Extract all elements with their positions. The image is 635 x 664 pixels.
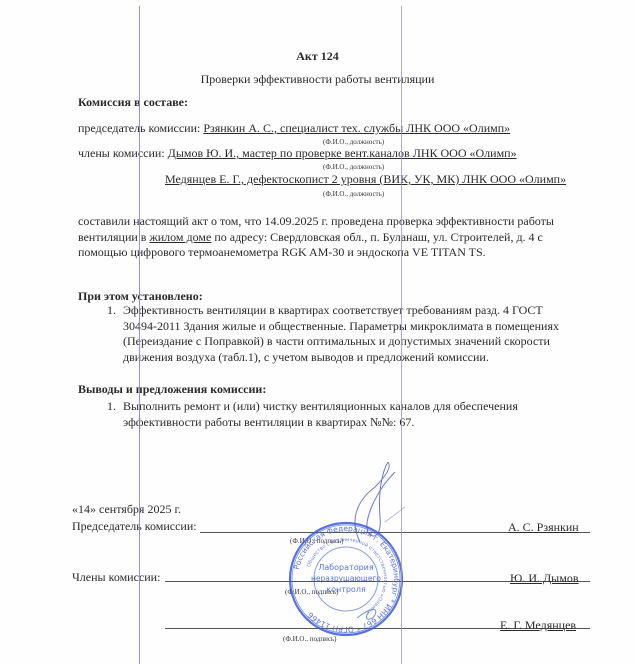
handwritten-signature [330, 462, 405, 547]
findings-item-1: Эффективность вентиляции в квартирах соо… [123, 303, 591, 365]
findings-line-1: Эффективность вентиляции в квартирах соо… [123, 303, 591, 319]
commission-heading: Комиссия в составе: [78, 95, 188, 110]
findings-line-2: 30494-2011 Здания жилые и общественные. … [123, 319, 591, 335]
document-date: «14» сентября 2025 г. [72, 502, 181, 517]
chairman-sign-label: Председатель комиссии: [72, 519, 197, 534]
member-row-1: члены комиссии: Дымов Ю. И., мастер по п… [78, 146, 517, 161]
conclusions-line-2: эффективности работы вентиляции в кварти… [123, 415, 591, 431]
findings-item-number: 1. [107, 303, 116, 318]
member-2-sign-caption: (Ф.И.О., подпись) [283, 635, 336, 643]
document-page: Акт 124 Проверки эффективности работы ве… [0, 0, 635, 664]
intro-building-type: жилом доме [149, 230, 211, 244]
conclusions-item-1: Выполнить ремонт и (или) чистку вентиляц… [123, 399, 591, 430]
chairman-value: Рзянкин А. С., специалист тех. службы ЛН… [203, 121, 510, 135]
vertical-guide-line-right [401, 6, 402, 664]
member-1-caption: (Ф.И.О., должность) [323, 163, 384, 171]
members-label: члены комиссии: [78, 146, 165, 160]
vertical-guide-line-left [139, 6, 140, 664]
conclusions-line-1: Выполнить ремонт и (или) чистку вентиляц… [123, 399, 591, 415]
member-1-value: Дымов Ю. И., мастер по проверке вент.кан… [168, 146, 517, 160]
member-1-sign-name: Ю. И. Дымов [510, 571, 579, 586]
conclusions-item-number: 1. [107, 399, 116, 414]
member-2-value: Медянцев Е. Г., дефектоскопист 2 уровня … [165, 172, 566, 186]
document-subtitle: Проверки эффективности работы вентиляции [0, 72, 635, 87]
chairman-row: председатель комиссии: Рзянкин А. С., сп… [78, 121, 510, 136]
findings-line-4: движения воздуха (табл.1), с учетом выво… [123, 350, 591, 366]
document-title: Акт 124 [0, 49, 635, 64]
member-2-caption: (Ф.И.О., должность) [323, 190, 384, 198]
intro-line-2-post: по адресу: Свердловская обл., п. Буланаш… [211, 230, 543, 244]
chairman-sign-name: А. С. Рзянкин [508, 520, 579, 535]
svg-text:Общество с ограниченной ответс: Общество с ограниченной ответственностью… [306, 537, 388, 615]
svg-text:Лаборатория: Лаборатория [318, 563, 374, 572]
members-sign-label: Члены комиссии: [72, 570, 160, 585]
findings-heading: При этом установлено: [78, 289, 203, 304]
member-1-sign-caption: (Ф.И.О., подпись) [285, 588, 338, 596]
chairman-caption: (Ф.И.О., должность) [323, 138, 384, 146]
intro-paragraph: составили настоящий акт о том, что 14.09… [78, 214, 590, 261]
chairman-sign-caption: (Ф.И.О., подпись) [290, 537, 343, 545]
conclusions-heading: Выводы и предложения комиссии: [78, 382, 266, 397]
intro-line-1: составили настоящий акт о том, что 14.09… [78, 214, 590, 230]
findings-line-3: (Переиздание с Поправкой) в части оптима… [123, 334, 591, 350]
member-row-2: Медянцев Е. Г., дефектоскопист 2 уровня … [165, 172, 566, 187]
member-2-sign-name: Е. Г. Медянцев [500, 618, 576, 633]
intro-line-2: вентиляции в жилом доме по адресу: Сверд… [78, 230, 590, 246]
intro-line-3: помощью цифрового термоанемометра RGK AM… [78, 245, 590, 261]
